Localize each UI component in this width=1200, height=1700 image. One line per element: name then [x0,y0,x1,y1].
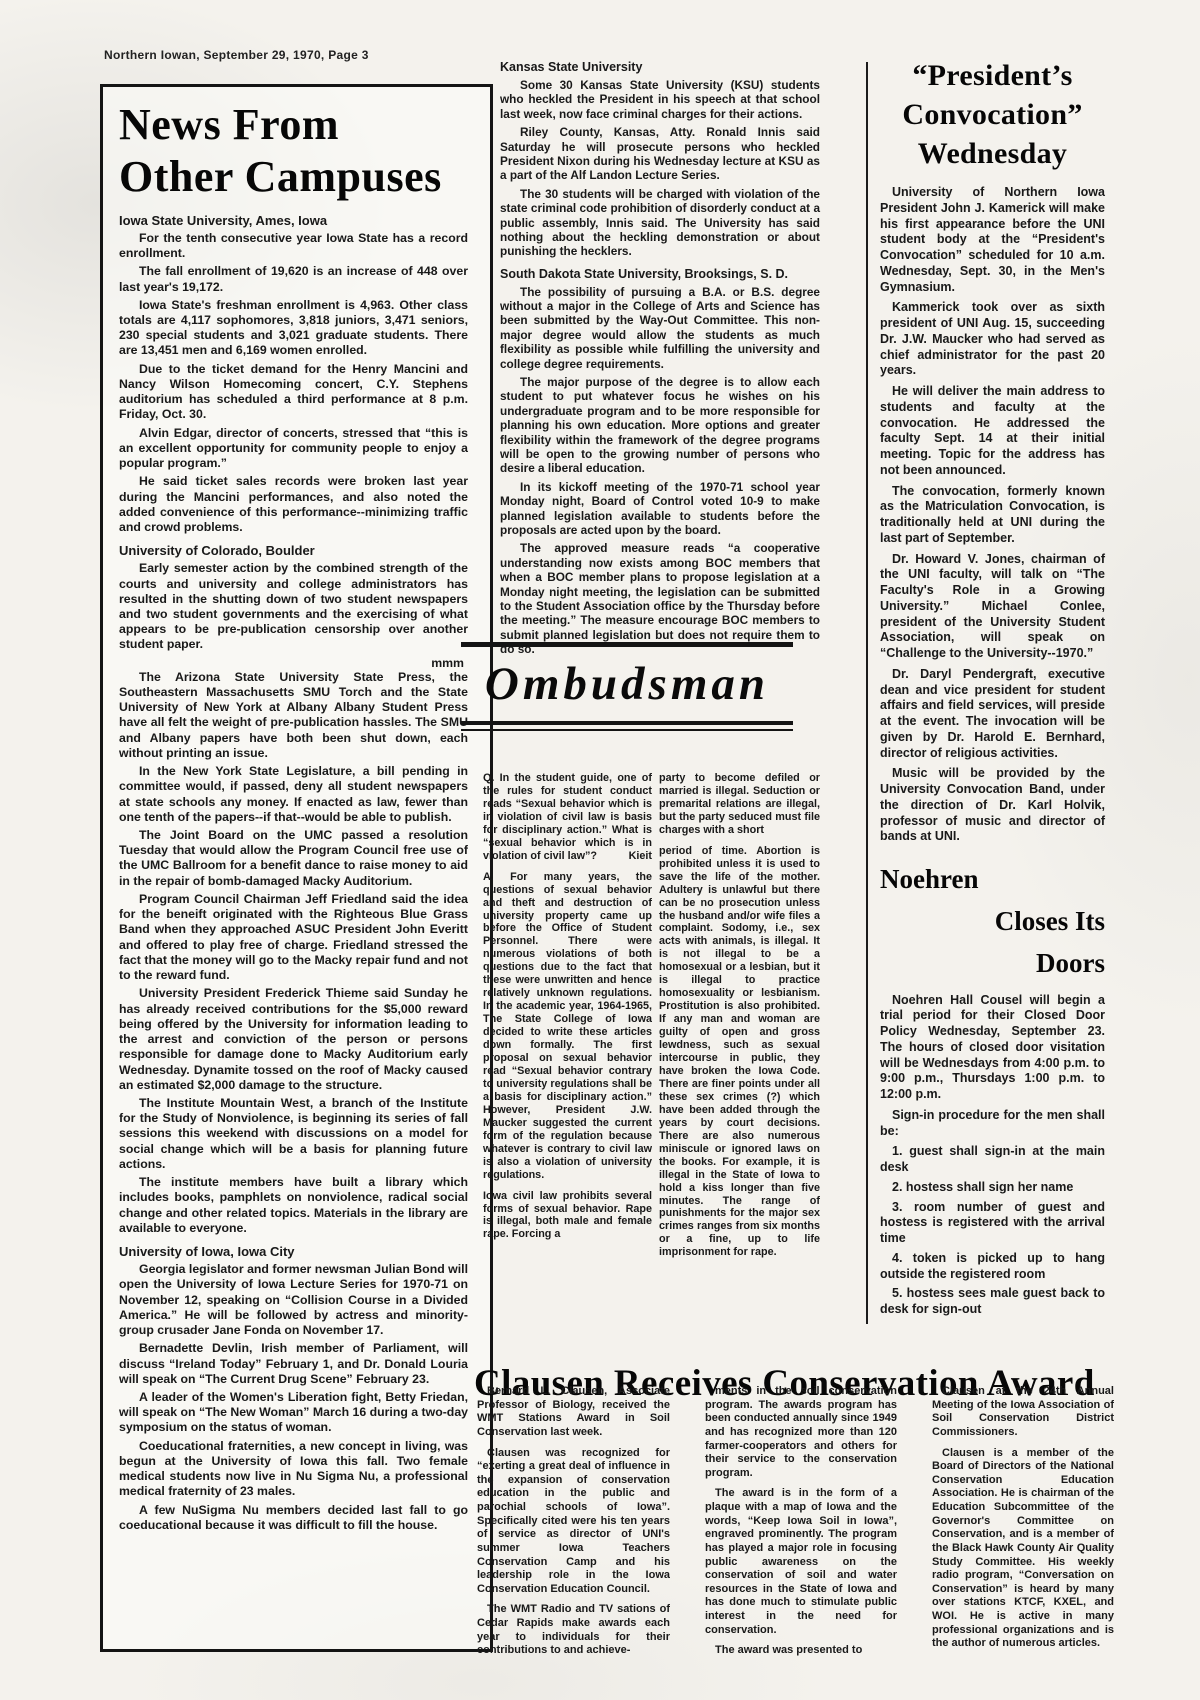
article-headline: News FromOther Campuses [119,99,468,203]
paragraph: Coeducational fraternities, a new concep… [119,1439,468,1500]
section-heading-kansas: Kansas State University [500,60,820,74]
column-divider-rule [866,62,868,1324]
list-item: 5. hostess sees male guest back to desk … [880,1286,1105,1318]
section-separator: mmm [119,656,464,670]
headline-line-2: Convocation” [902,98,1082,131]
section-heading-colorado: University of Colorado, Boulder [119,543,468,558]
paragraph: The approved measure reads “a cooperativ… [500,541,820,656]
paragraph: The award is in the form of a plaque wit… [705,1487,897,1637]
paragraph: Clausen at the 24th Annual Meeting of th… [932,1385,1114,1440]
paragraph: Some 30 Kansas State University (KSU) st… [500,78,820,121]
paragraph: Alvin Edgar, director of concerts, stres… [119,426,468,472]
ombudsman-masthead: Ombudsman [461,642,793,731]
paragraph: Bernadette Devlin, Irish member of Parli… [119,1341,468,1387]
divider-rule [461,729,793,731]
paragraph: In its kickoff meeting of the 1970-71 sc… [500,480,820,538]
headline-line-3: Wednesday [918,137,1067,170]
headline-line-1: News From [119,100,339,149]
paragraph: Clausen was recognized for “exerting a g… [477,1447,670,1597]
ombudsman-title: Ombudsman [461,657,793,711]
masthead-dateline: Northern Iowan, September 29, 1970, Page… [104,48,369,62]
ombudsman-column-left: Q. In the student guide, one of the rule… [483,772,652,1337]
question-signature: Kieit [629,850,652,863]
paragraph: Due to the ticket demand for the Henry M… [119,362,468,423]
section-heading-iowa-city: University of Iowa, Iowa City [119,1244,468,1259]
paragraph: Dr. Howard V. Jones, chairman of the UNI… [880,552,1105,662]
paragraph: University President Frederick Thieme sa… [119,986,468,1093]
paragraph: Iowa State's freshman enrollment is 4,96… [119,298,468,359]
paragraph: The WMT Radio and TV sations of Cedar Ra… [477,1603,670,1658]
paragraph: Sign-in procedure for the men shall be: [880,1108,1105,1140]
paragraph: Program Council Chairman Jeff Friedland … [119,892,468,983]
paragraph: The 30 students will be charged with vio… [500,187,820,259]
newspaper-page: Northern Iowan, September 29, 1970, Page… [0,0,1200,1700]
list-item: 4. token is picked up to hang outside th… [880,1251,1105,1283]
paragraph: Dr. Daryl Pendergraft, executive dean an… [880,667,1105,762]
clausen-column-2: ments in the soil conservation program. … [705,1385,897,1697]
list-item: 2. hostess shall sign her name [880,1180,1105,1196]
paragraph: A few NuSigma Nu members decided last fa… [119,1503,468,1533]
paragraph: He said ticket sales records were broken… [119,474,468,535]
answer-paragraph: Iowa civil law prohibits several forms o… [483,1190,652,1242]
headline-line-2: Closes Its [880,901,1105,943]
answer-paragraph: party to become defiled or married is il… [659,772,820,837]
paragraph: The Joint Board on the UMC passed a reso… [119,828,468,889]
paragraph: Early semester action by the combined st… [119,561,468,652]
paragraph: In the New York State Legislature, a bil… [119,764,468,825]
paragraph: Clausen is a member of the Board of Dire… [932,1447,1114,1651]
paragraph: Music will be provided by the University… [880,766,1105,845]
clausen-column-1: Bernard L. Clausen, Associate Professor … [477,1385,670,1697]
paragraph: The possibility of pursuing a B.A. or B.… [500,285,820,371]
answer-paragraph: period of time. Abortion is prohibited u… [659,845,820,1260]
paragraph: He will deliver the main address to stud… [880,384,1105,479]
paragraph: Noehren Hall Cousel will begin a trial p… [880,993,1105,1103]
convocation-headline: “President’sConvocation”Wednesday [880,56,1105,173]
paragraph: Riley County, Kansas, Atty. Ronald Innis… [500,125,820,183]
noehren-headline: NoehrenCloses ItsDoors [880,859,1105,985]
clausen-column-3: Clausen at the 24th Annual Meeting of th… [932,1385,1114,1697]
headline-line-1: “President’s [912,59,1072,92]
question-paragraph: Q. In the student guide, one of the rule… [483,772,652,863]
paragraph: The Institute Mountain West, a branch of… [119,1096,468,1172]
article-news-from-other-campuses: News FromOther Campuses Iowa State Unive… [100,84,493,1652]
divider-rule [461,642,793,647]
section-heading-iowa-state: Iowa State University, Ames, Iowa [119,213,468,228]
paragraph: University of Northern Iowa President Jo… [880,185,1105,295]
question-text: Q. In the student guide, one of the rule… [483,772,652,862]
article-presidents-convocation: “President’sConvocation”Wednesday Univer… [880,56,1105,1322]
headline-line-2: Other Campuses [119,152,442,201]
paragraph: For the tenth consecutive year Iowa Stat… [119,231,468,261]
paragraph: The convocation, formerly known as the M… [880,484,1105,547]
paragraph: A leader of the Women's Liberation fight… [119,1390,468,1436]
paragraph: The institute members have built a libra… [119,1175,468,1236]
paragraph: Bernard L. Clausen, Associate Professor … [477,1385,670,1440]
paragraph: ments in the soil conservation program. … [705,1385,897,1480]
paragraph: Georgia legislator and former newsman Ju… [119,1262,468,1338]
paragraph: The major purpose of the degree is to al… [500,375,820,476]
section-heading-south-dakota: South Dakota State University, Brooksing… [500,267,820,281]
paragraph: The fall enrollment of 19,620 is an incr… [119,264,468,294]
headline-line-3: Doors [880,943,1105,985]
paragraph: The Arizona State University State Press… [119,670,468,761]
list-item: 1. guest shall sign-in at the main desk [880,1144,1105,1176]
divider-rule [461,721,793,725]
answer-paragraph: A. For many years, the questions of sexu… [483,871,652,1182]
article-kansas-south-dakota: Kansas State University Some 30 Kansas S… [500,60,820,660]
list-item: 3. room number of guest and hostess is r… [880,1200,1105,1247]
ombudsman-column-right: party to become defiled or married is il… [659,772,820,1327]
paragraph: The award was presented to [705,1644,897,1658]
paragraph: Kammerick took over as sixth president o… [880,300,1105,379]
headline-line-1: Noehren [880,859,1105,901]
